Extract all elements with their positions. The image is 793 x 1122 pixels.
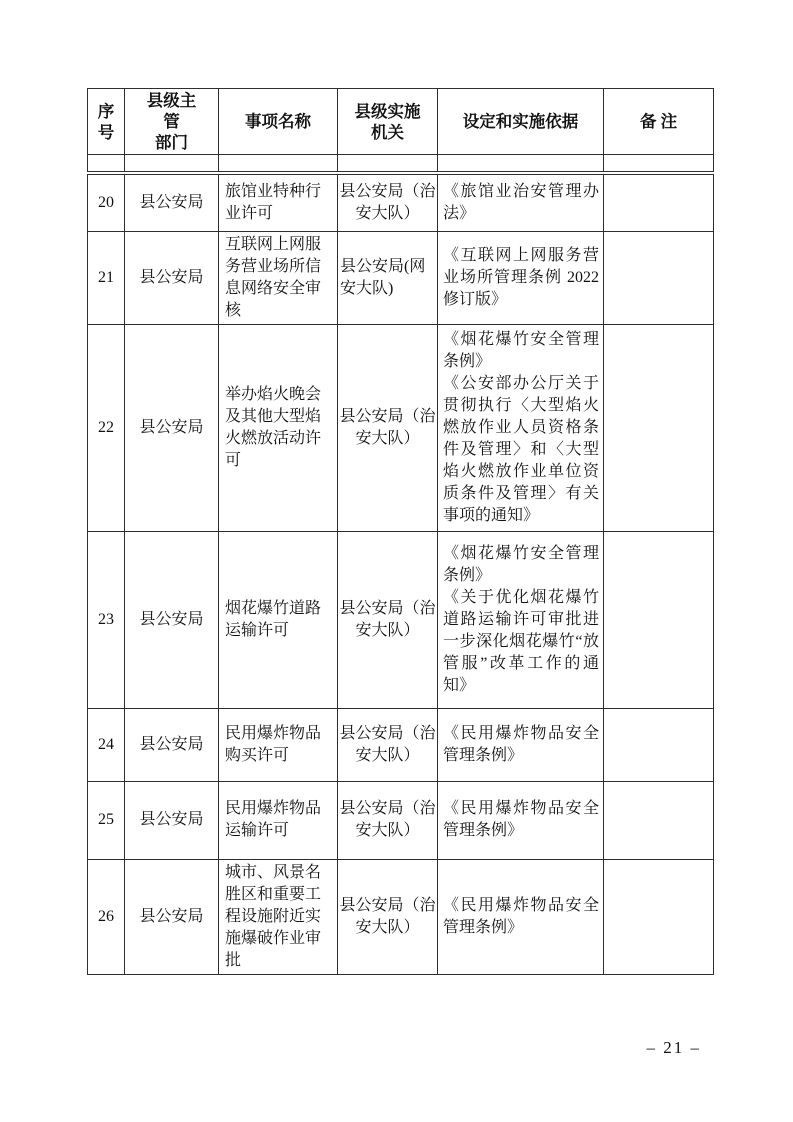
cell-agency: 县公安局(网安大队) [338, 231, 438, 324]
header-seq-line: 序 [90, 101, 122, 122]
cell-item: 城市、风景名胜区和重要工程设施附近实施爆破作业审批 [219, 859, 338, 974]
cell-basis: 《烟花爆竹安全管理条例》 《关于优化烟花爆竹道路运输许可审批进一步深化烟花爆竹“… [438, 531, 604, 708]
cell-seq: 23 [88, 531, 125, 708]
cell-agency: 县公安局（治安大队） [338, 708, 438, 781]
cell-item: 举办焰火晚会及其他大型焰火燃放活动许可 [219, 324, 338, 531]
basis-paragraph: 《民用爆炸物品安全管理条例》 [443, 723, 599, 767]
cell-basis: 《民用爆炸物品安全管理条例》 [438, 859, 604, 974]
document-page: 序 号 县级主 管 部门 事项名称 县级实施 机关 设定和实施依据 备 注 [0, 0, 793, 1122]
spacer-cell [125, 155, 219, 174]
spacer-cell [438, 155, 604, 174]
header-agency-line: 县级实施 [340, 101, 435, 122]
cell-basis: 《民用爆炸物品安全管理条例》 [438, 708, 604, 781]
cell-dept: 县公安局 [125, 324, 219, 531]
basis-paragraph: 《烟花爆竹安全管理条例》 [443, 329, 599, 373]
basis-paragraph: 《旅馆业治安管理办法》 [443, 181, 599, 225]
basis-paragraph: 《公安部办公厅关于贯彻执行〈大型焰火燃放作业人员资格条件及管理〉和〈大型焰火燃放… [443, 373, 599, 527]
cell-dept: 县公安局 [125, 173, 219, 231]
cell-remark [604, 859, 714, 974]
cell-basis: 《互联网上网服务营业场所管理条例 2022 修订版》 [438, 231, 604, 324]
basis-paragraph: 《互联网上网服务营业场所管理条例 2022 修订版》 [443, 245, 599, 311]
cell-seq: 22 [88, 324, 125, 531]
cell-item: 互联网上网服务营业场所信息网络安全审核 [219, 231, 338, 324]
basis-paragraph: 《民用爆炸物品安全管理条例》 [443, 798, 599, 842]
cell-agency: 县公安局（治安大队） [338, 324, 438, 531]
header-dept-line: 部门 [127, 132, 216, 153]
spacer-cell [88, 155, 125, 174]
cell-remark [604, 324, 714, 531]
header-remark: 备 注 [604, 89, 714, 155]
cell-agency: 县公安局（治安大队） [338, 781, 438, 859]
header-dept-line: 县级主 [127, 90, 216, 111]
cell-dept: 县公安局 [125, 781, 219, 859]
header-agency: 县级实施 机关 [338, 89, 438, 155]
approval-items-table: 序 号 县级主 管 部门 事项名称 县级实施 机关 设定和实施依据 备 注 [87, 88, 714, 975]
cell-basis: 《旅馆业治安管理办法》 [438, 173, 604, 231]
basis-paragraph: 《关于优化烟花爆竹道路运输许可审批进一步深化烟花爆竹“放管服”改革工作的通知》 [443, 587, 599, 697]
cell-remark [604, 781, 714, 859]
table-header-row: 序 号 县级主 管 部门 事项名称 县级实施 机关 设定和实施依据 备 注 [88, 89, 714, 155]
header-dept: 县级主 管 部门 [125, 89, 219, 155]
header-item: 事项名称 [219, 89, 338, 155]
cell-item: 旅馆业特种行业许可 [219, 173, 338, 231]
header-seq: 序 号 [88, 89, 125, 155]
table-row: 24 县公安局 民用爆炸物品购买许可 县公安局（治安大队） 《民用爆炸物品安全管… [88, 708, 714, 781]
header-basis: 设定和实施依据 [438, 89, 604, 155]
cell-dept: 县公安局 [125, 859, 219, 974]
cell-remark [604, 173, 714, 231]
table-row: 20 县公安局 旅馆业特种行业许可 县公安局（治安大队） 《旅馆业治安管理办法》 [88, 173, 714, 231]
cell-dept: 县公安局 [125, 231, 219, 324]
table-row: 25 县公安局 民用爆炸物品运输许可 县公安局（治安大队） 《民用爆炸物品安全管… [88, 781, 714, 859]
table-row: 21 县公安局 互联网上网服务营业场所信息网络安全审核 县公安局(网安大队) 《… [88, 231, 714, 324]
page-number: – 21 – [647, 1038, 702, 1058]
cell-basis: 《民用爆炸物品安全管理条例》 [438, 781, 604, 859]
cell-seq: 20 [88, 173, 125, 231]
basis-paragraph: 《烟花爆竹安全管理条例》 [443, 543, 599, 587]
cell-seq: 26 [88, 859, 125, 974]
basis-paragraph: 《民用爆炸物品安全管理条例》 [443, 895, 599, 939]
cell-seq: 24 [88, 708, 125, 781]
cell-seq: 21 [88, 231, 125, 324]
table-row: 23 县公安局 烟花爆竹道路运输许可 县公安局（治安大队） 《烟花爆竹安全管理条… [88, 531, 714, 708]
cell-agency: 县公安局（治安大队） [338, 531, 438, 708]
cell-agency: 县公安局（治安大队） [338, 859, 438, 974]
cell-remark [604, 708, 714, 781]
header-agency-line: 机关 [340, 122, 435, 143]
table-row: 22 县公安局 举办焰火晚会及其他大型焰火燃放活动许可 县公安局（治安大队） 《… [88, 324, 714, 531]
cell-item: 民用爆炸物品购买许可 [219, 708, 338, 781]
spacer-cell [604, 155, 714, 174]
cell-dept: 县公安局 [125, 708, 219, 781]
table-spacer-row [88, 155, 714, 174]
cell-dept: 县公安局 [125, 531, 219, 708]
spacer-cell [219, 155, 338, 174]
header-dept-line: 管 [127, 111, 216, 132]
table-row: 26 县公安局 城市、风景名胜区和重要工程设施附近实施爆破作业审批 县公安局（治… [88, 859, 714, 974]
cell-remark [604, 231, 714, 324]
header-seq-line: 号 [90, 122, 122, 143]
cell-basis: 《烟花爆竹安全管理条例》 《公安部办公厅关于贯彻执行〈大型焰火燃放作业人员资格条… [438, 324, 604, 531]
cell-agency: 县公安局（治安大队） [338, 173, 438, 231]
cell-seq: 25 [88, 781, 125, 859]
cell-remark [604, 531, 714, 708]
cell-item: 民用爆炸物品运输许可 [219, 781, 338, 859]
spacer-cell [338, 155, 438, 174]
cell-item: 烟花爆竹道路运输许可 [219, 531, 338, 708]
